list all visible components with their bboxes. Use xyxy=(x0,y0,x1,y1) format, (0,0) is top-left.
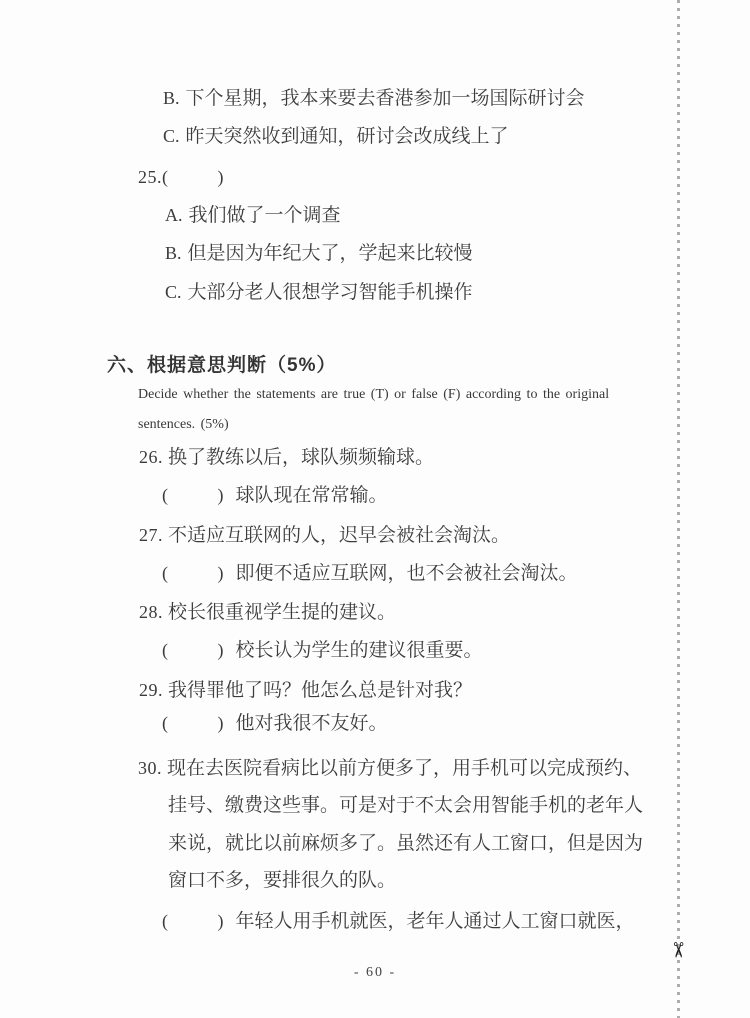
question-number: 25. xyxy=(138,167,162,187)
option-text: 我们做了一个调查 xyxy=(189,205,341,226)
judgment-text: 即便不适应互联网，也不会被社会淘汰。 xyxy=(236,563,578,584)
answer-blank: ( ) xyxy=(162,640,224,660)
statement-text: 校长很重视学生提的建议。 xyxy=(168,602,396,623)
option-label: B. xyxy=(165,243,182,263)
q30-judgment-line: ( )年轻人用手机就医，老年人通过人工窗口就医， xyxy=(162,911,635,932)
option-text: 但是因为年纪大了，学起来比较慢 xyxy=(188,243,473,264)
q27-statement-line: 27.不适应互联网的人，迟早会被社会淘汰。 xyxy=(139,525,510,546)
q29-judgment-line: ( )他对我很不友好。 xyxy=(162,713,388,734)
statement-text: 不适应互联网的人，迟早会被社会淘汰。 xyxy=(168,525,510,546)
q25-option-a-line: A.我们做了一个调查 xyxy=(165,205,341,226)
question-number: 29. xyxy=(139,680,163,700)
q30-statement-line-3: 来说，就比以前麻烦多了。虽然还有人工窗口，但是因为 xyxy=(168,834,643,854)
q26-statement-line: 26.换了教练以后，球队频频输球。 xyxy=(139,447,434,468)
q28-statement-line: 28.校长很重视学生提的建议。 xyxy=(139,602,396,623)
statement-text: 现在去医院看病比以前方便多了，用手机可以完成预约、 xyxy=(167,758,642,779)
answer-blank: ( ) xyxy=(162,485,224,505)
q24-option-b-line: B.下个星期，我本来要去香港参加一场国际研讨会 xyxy=(163,88,585,109)
q30-statement-line-4: 窗口不多，要排很久的队。 xyxy=(168,871,396,891)
q29-statement-line: 29.我得罪他了吗？他怎么总是针对我？ xyxy=(139,680,472,701)
q27-judgment-line: ( )即便不适应互联网，也不会被社会淘汰。 xyxy=(162,563,578,584)
option-label: C. xyxy=(165,282,182,302)
q24-option-c-line: C.昨天突然收到通知，研讨会改成线上了 xyxy=(163,126,509,147)
statement-text: 我得罪他了吗？他怎么总是针对我？ xyxy=(168,680,472,701)
option-label: A. xyxy=(165,205,183,225)
answer-blank: ( ) xyxy=(162,563,224,583)
q25-option-b-line: B.但是因为年纪大了，学起来比较慢 xyxy=(165,243,473,264)
answer-blank: ( ) xyxy=(162,167,224,187)
section6-title: 六、根据意思判断（5%） xyxy=(107,356,336,376)
q26-judgment-line: ( )球队现在常常输。 xyxy=(162,485,388,506)
option-text: 大部分老人很想学习智能手机操作 xyxy=(188,282,473,303)
judgment-text: 校长认为学生的建议很重要。 xyxy=(236,640,483,661)
option-text: 昨天突然收到通知，研讨会改成线上了 xyxy=(186,126,509,147)
question-number: 26. xyxy=(139,447,163,467)
q25-option-c-line: C.大部分老人很想学习智能手机操作 xyxy=(165,282,473,303)
judgment-text: 球队现在常常输。 xyxy=(236,485,388,506)
q30-statement-line-1: 30.现在去医院看病比以前方便多了，用手机可以完成预约、 xyxy=(138,758,642,779)
page-number: - 60 - xyxy=(0,965,750,981)
question-number: 30. xyxy=(138,758,162,778)
question-number: 27. xyxy=(139,525,163,545)
option-label: C. xyxy=(163,126,180,146)
scissors-icon: ✂ xyxy=(666,936,690,964)
question-number: 28. xyxy=(139,602,163,622)
judgment-text: 年轻人用手机就医，老年人通过人工窗口就医， xyxy=(236,911,635,932)
option-label: B. xyxy=(163,88,180,108)
section6-instructions-line1: Decide whether the statements are true (… xyxy=(138,387,609,402)
answer-blank: ( ) xyxy=(162,713,224,733)
statement-text: 换了教练以后，球队频频输球。 xyxy=(168,447,434,468)
judgment-text: 他对我很不友好。 xyxy=(236,713,388,734)
q30-statement-line-2: 挂号、缴费这些事。可是对于不太会用智能手机的老年人 xyxy=(168,796,643,816)
q28-judgment-line: ( )校长认为学生的建议很重要。 xyxy=(162,640,483,661)
section6-instructions-line2: sentences. (5%) xyxy=(138,417,229,432)
answer-blank: ( ) xyxy=(162,911,224,931)
cut-line xyxy=(677,0,680,1018)
option-text: 下个星期，我本来要去香港参加一场国际研讨会 xyxy=(186,88,585,109)
q25-answer-line: 25.( ) xyxy=(138,167,224,188)
exam-page: B.下个星期，我本来要去香港参加一场国际研讨会 C.昨天突然收到通知，研讨会改成… xyxy=(0,0,750,1018)
